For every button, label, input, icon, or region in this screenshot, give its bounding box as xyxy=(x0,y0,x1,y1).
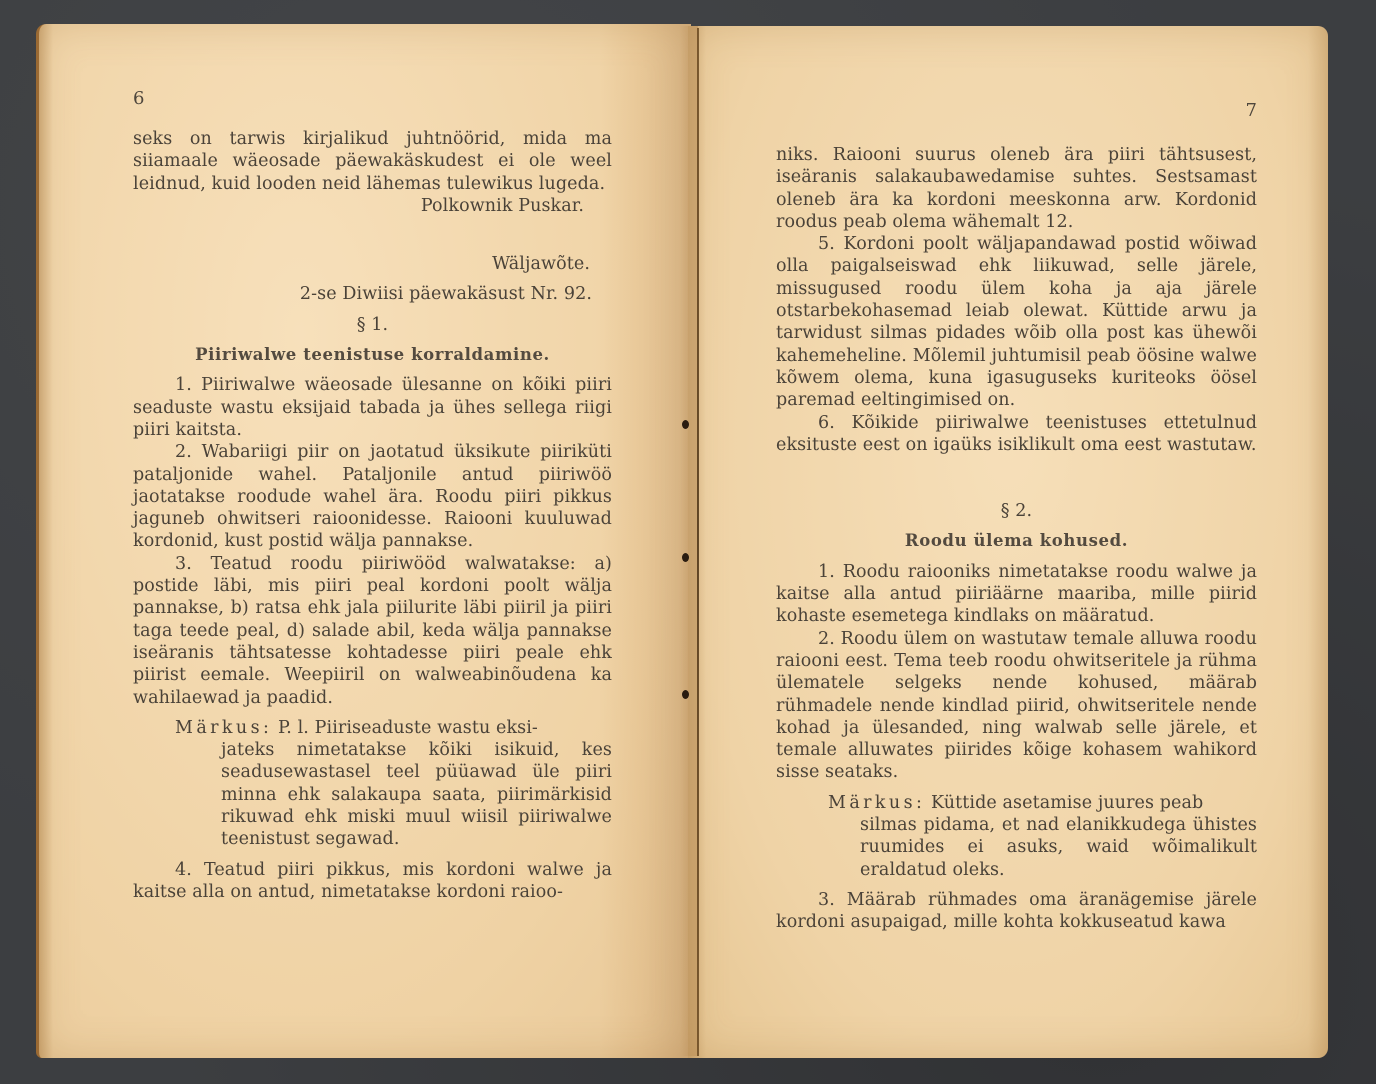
note-body: jateks nimetatakse kõiki isikuid, kes se… xyxy=(133,739,612,850)
paragraph: 5. Kordoni poolt wäljapandawad postid wõ… xyxy=(776,233,1257,411)
note-label: Märkus: xyxy=(175,718,272,738)
paragraph: 2. Wabariigi piir on jaotatud üksikute p… xyxy=(133,441,612,552)
continuation-text: seks on tarwis kirjalikud juhtnöörid, mi… xyxy=(133,128,612,195)
note-first-line-text: P. l. Piiriseaduste wastu eksi- xyxy=(278,718,538,738)
paragraph: 3. Teatud roodu piiriwööd walwatakse: a)… xyxy=(133,553,612,709)
binding-stitch xyxy=(682,690,689,699)
continuation-text: niks. Raiooni suurus oleneb ära piiri tä… xyxy=(776,144,1257,233)
note-first-line-text: Küttide asetamise juures peab xyxy=(931,793,1203,813)
binding-stitch xyxy=(682,553,689,562)
page-number-right: 7 xyxy=(776,100,1257,144)
paragraph: 6. Kõikide piiriwalwe teenistuses ettetu… xyxy=(776,412,1257,457)
source-line: 2-se Diwiisi päewakäsust Nr. 92. xyxy=(133,283,612,305)
paragraph: 3. Määrab rühmades oma äranägemise järel… xyxy=(776,889,1257,934)
section-mark: § 1. xyxy=(133,314,612,336)
note-body: silmas pidama, et nad elanikkudega ühist… xyxy=(776,814,1257,881)
right-page-text: 7 niks. Raiooni suurus oleneb ära piiri … xyxy=(776,100,1257,934)
excerpt-label: Wäljawõte. xyxy=(133,253,612,275)
left-page-text: 6 seks on tarwis kirjalikud juhtnöörid, … xyxy=(133,88,612,903)
book-gutter-shadow xyxy=(680,26,698,1056)
section-mark: § 2. xyxy=(776,500,1257,522)
binding-stitch xyxy=(682,420,689,429)
signature: Polkownik Puskar. xyxy=(133,195,612,217)
book-spine-fold xyxy=(697,28,699,1056)
note-first-line: Märkus: P. l. Piiriseaduste wastu eksi- xyxy=(133,717,612,739)
paragraph: 4. Teatud piiri pikkus, mis kordoni walw… xyxy=(133,859,612,904)
paragraph: 1. Piiriwalwe wäeosade ülesanne on kõiki… xyxy=(133,374,612,441)
paragraph: 1. Roodu raiooniks nimetatakse roodu wal… xyxy=(776,561,1257,628)
section-title: Piiriwalwe teenistuse korraldamine. xyxy=(133,344,612,366)
paragraph: 2. Roodu ülem on wastutaw temale alluwa … xyxy=(776,628,1257,784)
page-number-left: 6 xyxy=(133,88,612,128)
note-first-line: Märkus: Küttide asetamise juures peab xyxy=(776,792,1257,814)
note-label: Märkus: xyxy=(828,793,925,813)
section-title: Roodu ülema kohused. xyxy=(776,530,1257,552)
